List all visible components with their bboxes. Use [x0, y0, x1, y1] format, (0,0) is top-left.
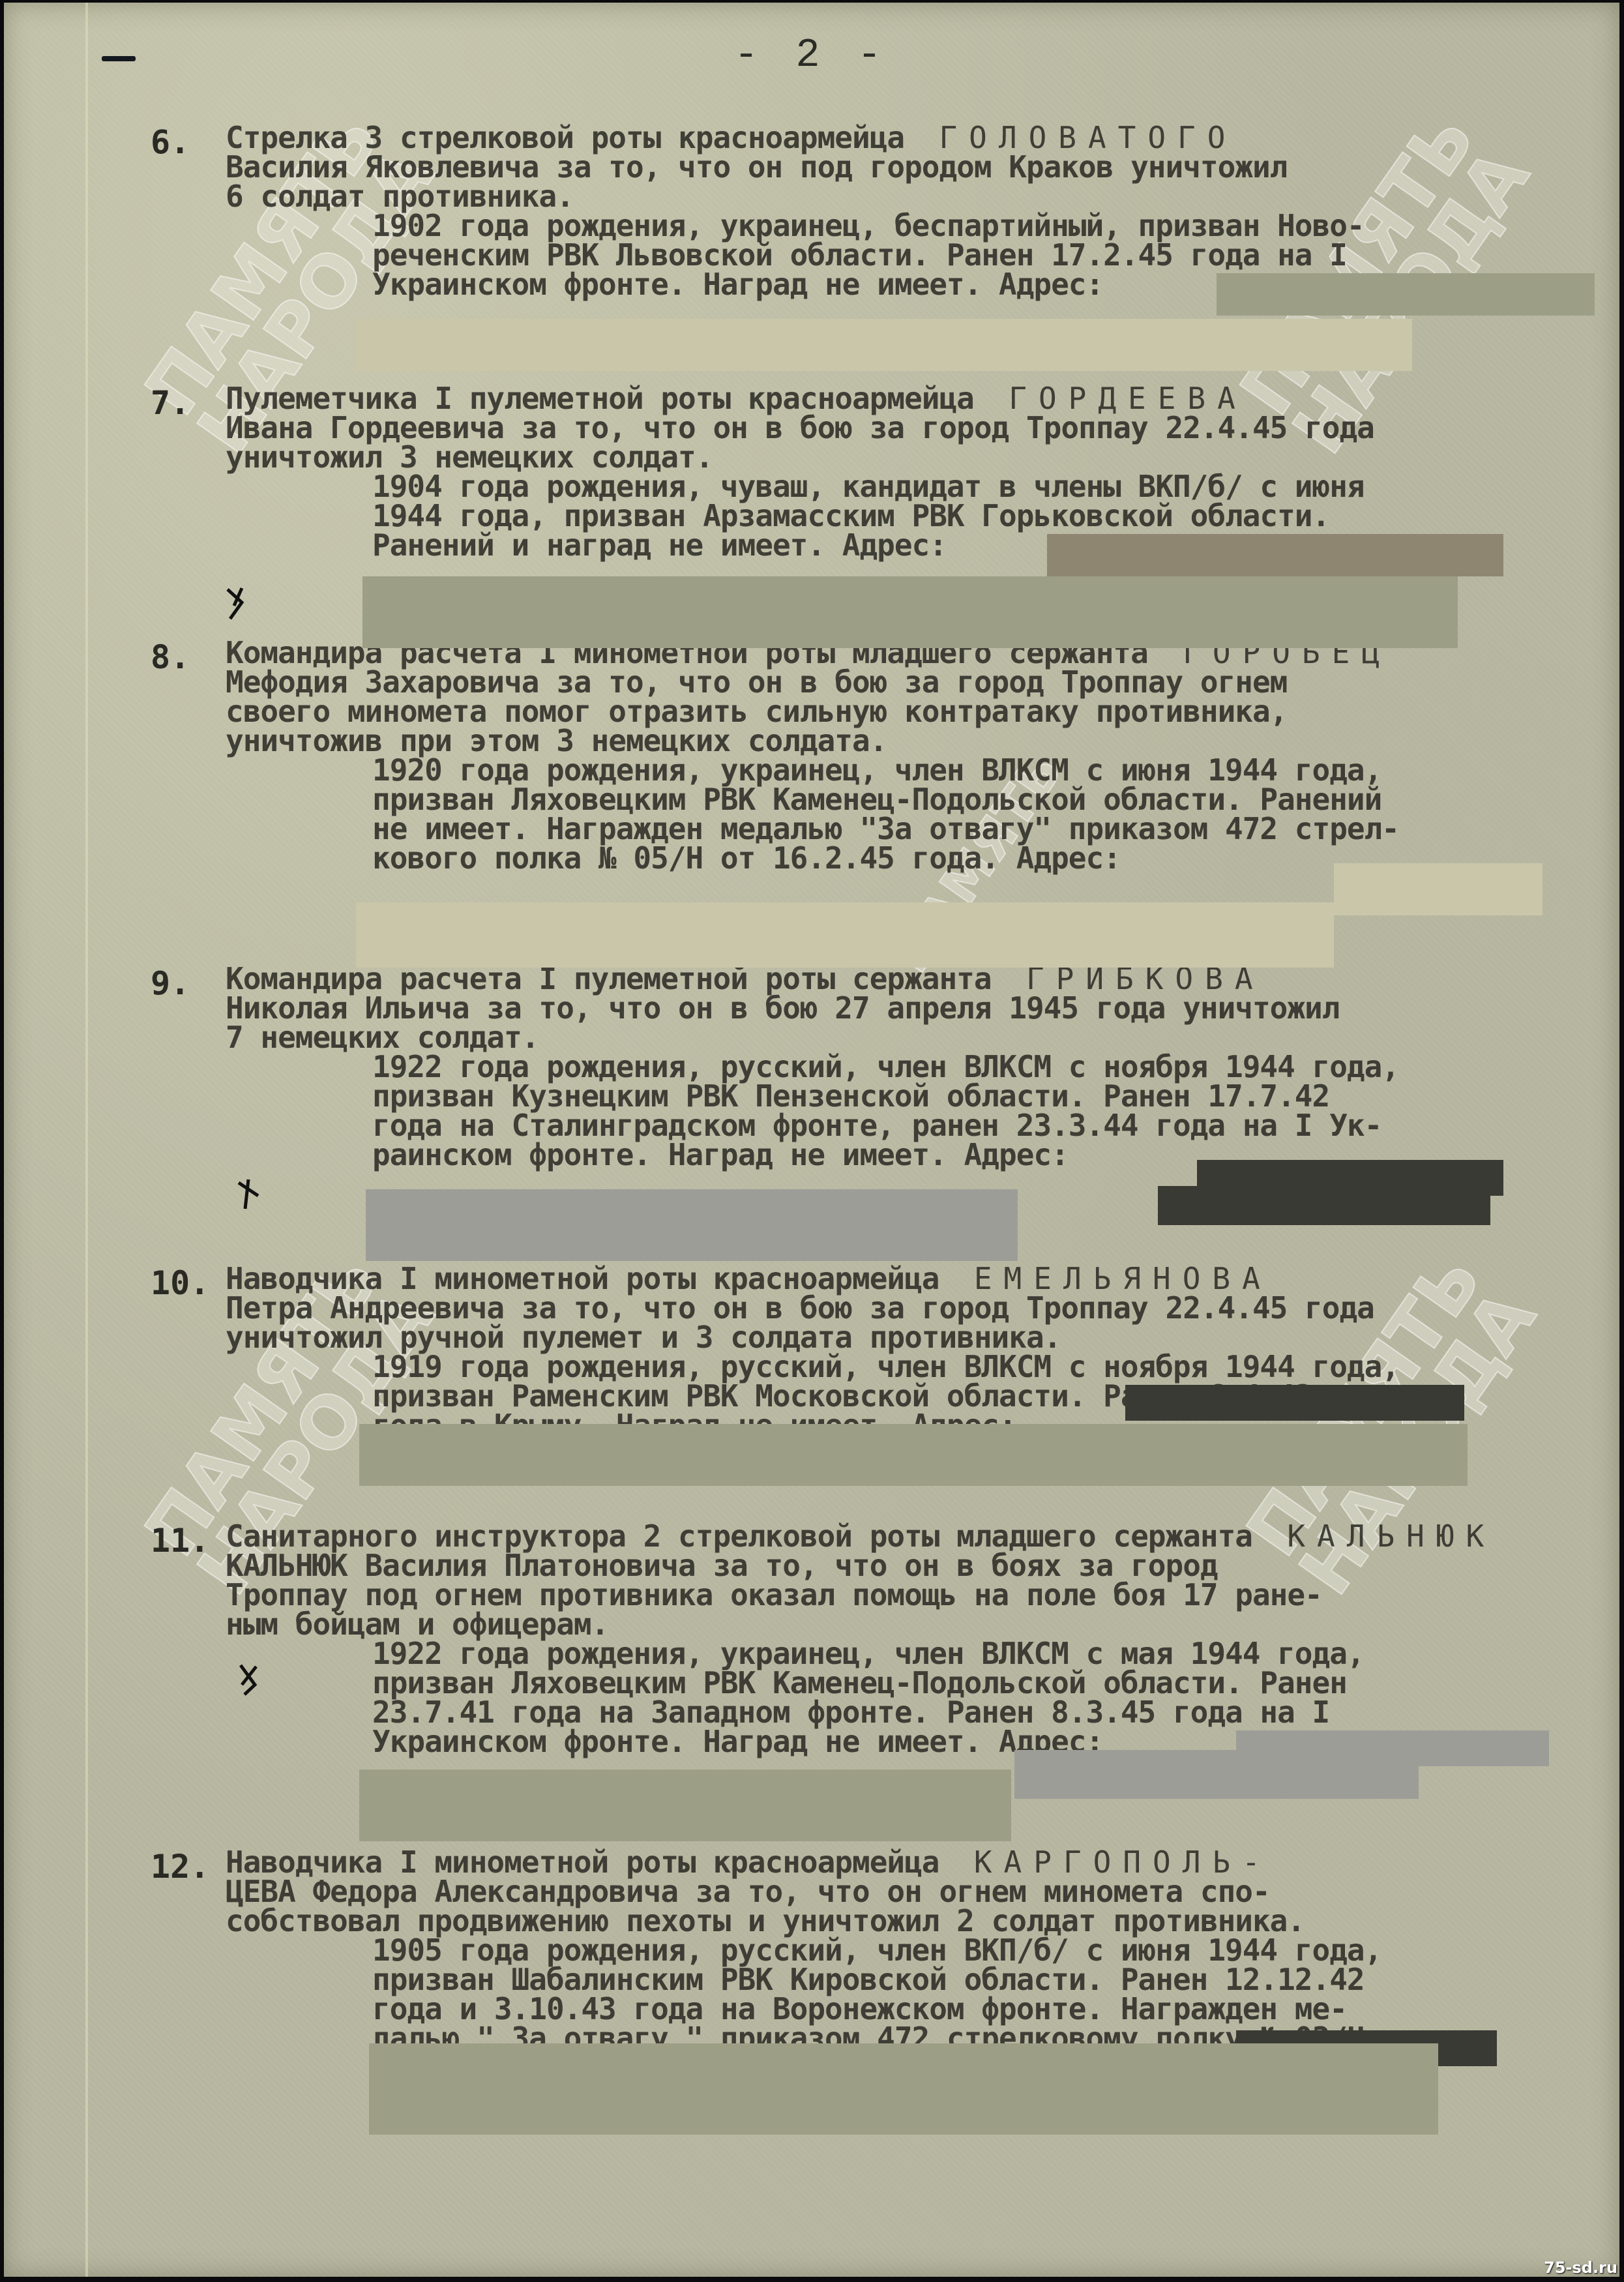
entry-biography-line: 1944 года, призван Арзамасским РВК Горьк… [372, 501, 1572, 531]
entry-citation-line: Петра Андреевича за то, что он в бою за … [226, 1294, 1572, 1323]
entry-citation-line: своего миномета помог отразить сильную к… [226, 697, 1572, 726]
entry-biography-line: 1922 года рождения, русский, член ВЛКСМ … [372, 1052, 1572, 1082]
entry-biography-line: призван Ляховецким РВК Каменец-Подольско… [372, 785, 1572, 814]
entry-biography-line: 23.7.41 года на Западном фронте. Ранен 8… [372, 1698, 1572, 1727]
source-credit: 75-sd.ru [1544, 2259, 1617, 2277]
redacted-address-block [1158, 1186, 1490, 1225]
redacted-address-block [359, 1424, 1468, 1486]
page-number: - 2 - [734, 32, 888, 78]
entry-citation-line: Командира расчета I пулеметной роты серж… [226, 964, 1572, 994]
redacted-address-block [356, 319, 1412, 371]
entry-citation-line: уничтожил 3 немецких солдат. [226, 443, 1572, 472]
entry-citation-line: Стрелка 3 стрелковой роты красноармейца … [226, 123, 1572, 153]
entry-citation-line: КАЛЬНЮК Василия Платоновича за то, что о… [226, 1551, 1572, 1580]
redacted-address-block [1217, 273, 1595, 316]
entry-biography-line: 1904 года рождения, чуваш, кандидат в чл… [372, 472, 1572, 501]
entry-citation-line: уничтожил ручной пулемет и 3 солдата про… [226, 1323, 1572, 1352]
redacted-address-block [1125, 1385, 1464, 1421]
entry-biography-line: 1920 года рождения, украинец, член ВЛКСМ… [372, 756, 1572, 785]
entry-number: 12. [151, 1848, 209, 1886]
entry-biography-line: года на Сталинградском фронте, ранен 23.… [372, 1111, 1572, 1140]
entry-citation-line: Мефодия Захаровича за то, что он в бою з… [226, 668, 1572, 697]
entry-citation-line: собствовал продвижению пехоты и уничтожи… [226, 1906, 1572, 1936]
entry-biography-line: 1922 года рождения, украинец, член ВЛКСМ… [372, 1639, 1572, 1668]
entry-biography-line: 1902 года рождения, украинец, беспартийн… [372, 211, 1572, 241]
entry-biography-line: 1905 года рождения, русский, член ВКП/б/… [372, 1936, 1572, 1965]
entry-citation-line: Василия Яковлевича за то, что он под гор… [226, 153, 1572, 182]
entry-citation-line: ЦЕВА Федора Александровича за то, что он… [226, 1877, 1572, 1906]
entry-number: 9. [151, 964, 190, 1002]
entry-citation-line: ным бойцам и офицерам. [226, 1610, 1572, 1639]
entry-number: 7. [151, 384, 190, 422]
entry-citation-line: уничтожив при этом 3 немецких солдата. [226, 726, 1572, 756]
entry-number: 11. [151, 1522, 209, 1560]
entry-citation-line: 7 немецких солдат. [226, 1023, 1572, 1052]
entry-citation-line: Наводчика I минометной роты красноармейц… [226, 1264, 1572, 1294]
entry-number: 6. [151, 123, 190, 161]
entry-biography-line: не имеет. Награжден медалью "За отвагу" … [372, 814, 1572, 844]
redacted-address-block [369, 2043, 1438, 2135]
entry-citation-line: Ивана Гордеевича за то, что он в бою за … [226, 413, 1572, 443]
paper-fold [85, 3, 88, 2277]
entry-biography-line: призван Ляховецким РВК Каменец-Подольско… [372, 1668, 1572, 1698]
soldier-surname: КАЛЬНЮК [1287, 1519, 1496, 1554]
entry-biography-line: призван Кузнецким РВК Пензенской области… [372, 1082, 1572, 1111]
entry-citation-line: Наводчика I минометной роты красноармейц… [226, 1848, 1572, 1877]
redacted-address-block [356, 902, 1334, 968]
entry-citation-line: Санитарного инструктора 2 стрелковой рот… [226, 1522, 1572, 1551]
entry-citation-line: 6 солдат противника. [226, 182, 1572, 211]
binding-hole-icon [235, 1173, 261, 1212]
award-entry: 9.Командира расчета I пулеметной роты се… [151, 964, 1572, 1170]
document-sheet: - 2 - ПАМЯТЬНАРОДА ПАМЯТЬНАРОДА ПАМЯТЬНА… [4, 3, 1619, 2277]
redacted-address-block [1014, 1750, 1419, 1799]
entry-biography-line: 1919 года рождения, русский, член ВЛКСМ … [372, 1352, 1572, 1382]
entry-citation-line: Николая Ильича за то, что он в бою 27 ап… [226, 994, 1572, 1023]
entry-citation-line: Пулеметчика I пулеметной роты красноарме… [226, 384, 1572, 413]
redacted-address-block [359, 1770, 1011, 1841]
binding-hole-icon [222, 583, 248, 622]
entry-biography-line: года и 3.10.43 года на Воронежском фронт… [372, 1994, 1572, 2024]
redacted-address-block [1334, 863, 1543, 915]
entry-number: 10. [151, 1264, 209, 1302]
entry-biography-line: реченским РВК Львовской области. Ранен 1… [372, 241, 1572, 270]
award-entry: 8.Командира расчета I минометной роты мл… [151, 638, 1572, 873]
redacted-address-block [362, 576, 1458, 648]
entry-number: 8. [151, 638, 190, 676]
entry-biography-line: призван Шабалинским РВК Кировской област… [372, 1965, 1572, 1994]
redacted-address-block [366, 1189, 1018, 1261]
redacted-address-block [1047, 534, 1503, 576]
award-entry: 11.Санитарного инструктора 2 стрелковой … [151, 1522, 1572, 1756]
margin-mark [102, 56, 136, 61]
entry-citation-line: Троппау под огнем противника оказал помо… [226, 1580, 1572, 1610]
